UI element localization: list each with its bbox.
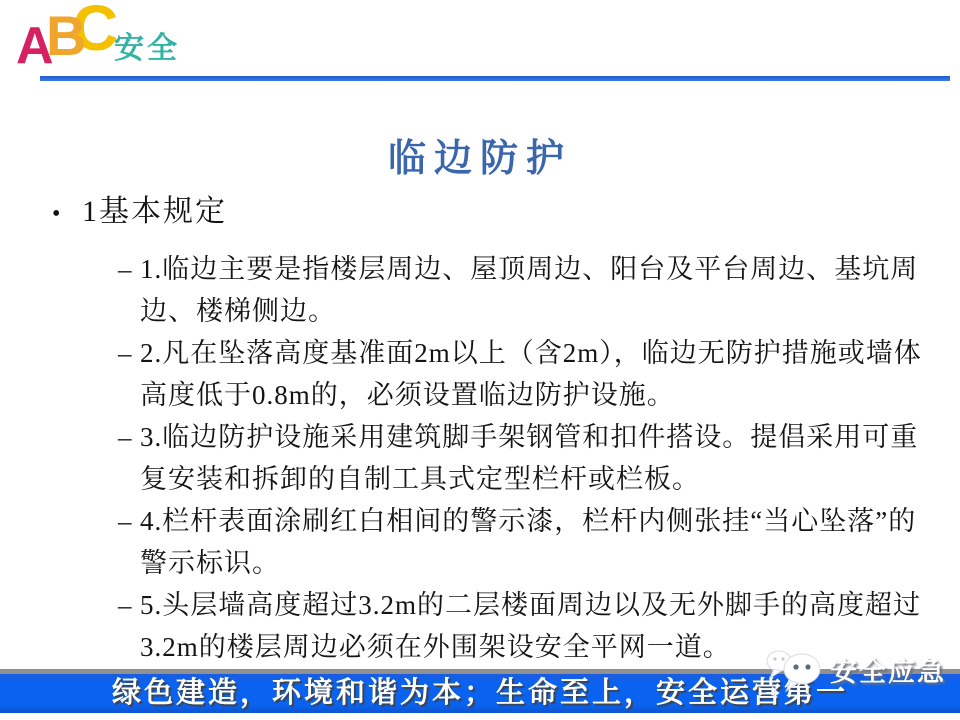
list-item: – 4.栏杆表面涂刷红白相间的警示漆，栏杆内侧张挂“当心坠落”的警示标识。 — [118, 500, 960, 584]
dash-marker: – — [118, 416, 140, 500]
slide: A B C 安全 临边防护 • 1基本规定 – 1.临边主要是指楼层周边、屋顶周… — [0, 0, 960, 720]
dash-marker: – — [118, 500, 140, 584]
section-heading-text: 1基本规定 — [82, 192, 227, 232]
list-item-text: 4.栏杆表面涂刷红白相间的警示漆，栏杆内侧张挂“当心坠落”的警示标识。 — [140, 500, 932, 584]
logo-letter-a: A — [16, 20, 54, 72]
dash-marker: – — [118, 332, 140, 416]
section-heading: • 1基本规定 — [0, 192, 960, 234]
list-item: – 3.临边防护设施采用建筑脚手架钢管和扣件搭设。提倡采用可重复安装和拆卸的自制… — [118, 416, 960, 500]
wechat-badge: 安全应急 — [764, 645, 946, 700]
wechat-icon — [764, 645, 826, 700]
slide-body: • 1基本规定 – 1.临边主要是指楼层周边、屋顶周边、阳台及平台周边、基坑周边… — [0, 192, 960, 668]
dash-marker: – — [118, 584, 140, 668]
bullet-marker: • — [52, 194, 82, 234]
list-item: – 1.临边主要是指楼层周边、屋顶周边、阳台及平台周边、基坑周边、楼梯侧边。 — [118, 248, 960, 332]
abc-safety-logo: A B C 安全 — [10, 0, 190, 72]
logo-suffix-text: 安全 — [114, 34, 180, 64]
header-divider-line — [40, 76, 950, 81]
rules-list: – 1.临边主要是指楼层周边、屋顶周边、阳台及平台周边、基坑周边、楼梯侧边。 –… — [0, 248, 960, 668]
list-item-text: 1.临边主要是指楼层周边、屋顶周边、阳台及平台周边、基坑周边、楼梯侧边。 — [140, 248, 932, 332]
wechat-account-label: 安全应急 — [830, 645, 946, 700]
page-title: 临边防护 — [0, 127, 960, 182]
list-item: – 2.凡在坠落高度基准面2m以上（含2m），临边无防护措施或墙体高度低于0.8… — [118, 332, 960, 416]
dash-marker: – — [118, 248, 140, 332]
list-item-text: 2.凡在坠落高度基准面2m以上（含2m），临边无防护措施或墙体高度低于0.8m的… — [140, 332, 932, 416]
list-item-text: 3.临边防护设施采用建筑脚手架钢管和扣件搭设。提倡采用可重复安装和拆卸的自制工具… — [140, 416, 932, 500]
